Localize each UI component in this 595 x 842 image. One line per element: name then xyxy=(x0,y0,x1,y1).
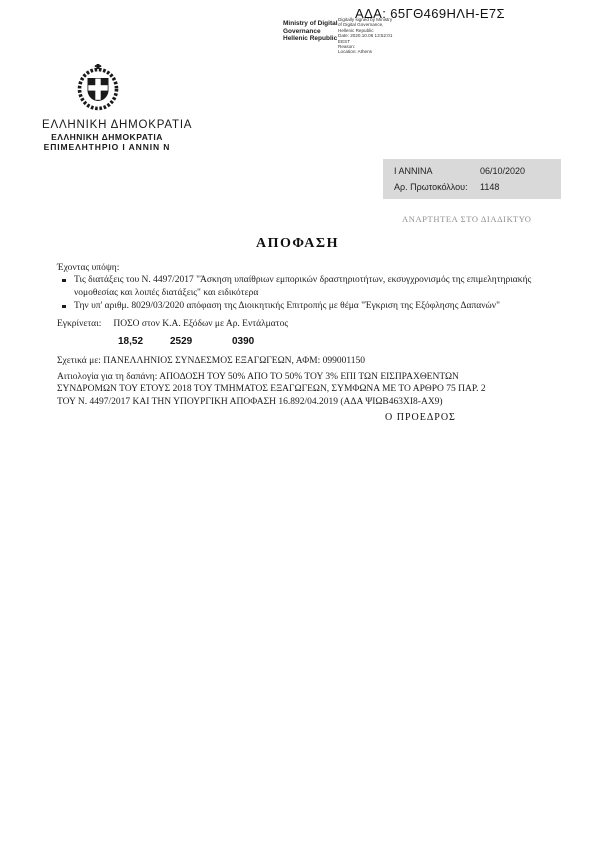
legal-basis-item: Τις διατάξεις του Ν. 4497/2017 "Άσκηση υ… xyxy=(62,274,544,299)
protocol-number-label: Αρ. Πρωτοκόλλου: xyxy=(394,182,468,192)
letterhead-republic-large: ΕΛΛΗΝΙΚΗ ΔΗΜΟΚΡΑΤΙΑ xyxy=(42,119,172,131)
justification-line: ΣΥΝΔΡΟΜΩΝ ΤΟΥ ΕΤΟΥΣ 2018 ΤΟΥ ΤΜΗΜΑΤΟΣ ΕΞ… xyxy=(57,383,543,395)
protocol-city: Ι ΑΝΝΙΝΑ xyxy=(394,166,433,176)
signature-org-line: Governance xyxy=(283,28,339,36)
signature-org-line: Ministry of Digital xyxy=(283,20,339,28)
regarding-line: Σχετικά με: ΠΑΝΕΛΛΗΝΙΟΣ ΣΥΝΔΕΣΜΟΣ ΕΞΑΓΩΓ… xyxy=(57,356,365,366)
account-code-value: 2529 xyxy=(170,336,192,347)
justification-line: ΤΟΥ Ν. 4497/2017 ΚΑΙ ΤΗΝ ΥΠΟΥΡΓΙΚΗ ΑΠΟΦΑ… xyxy=(57,396,543,408)
having-regard-label: Έχοντας υπόψη: xyxy=(57,263,119,273)
protocol-box: Ι ΑΝΝΙΝΑ 06/10/2020 Αρ. Πρωτοκόλλου: 114… xyxy=(383,159,561,199)
greek-coat-of-arms-icon xyxy=(76,64,120,112)
document-title: ΑΠΟΦΑΣΗ xyxy=(0,236,595,252)
approval-line: Εγκρίνεται:ΠΟΣΟ στον Κ.Α. Εξόδων με Αρ. … xyxy=(57,319,288,329)
letterhead-republic-small: ΕΛΛΗΝΙΚΗ ΔΗΜΟΚΡΑΤΙΑ xyxy=(42,132,172,142)
justification-line: Αιτιολογία για τη δαπάνη: ΑΠΟΔΟΣΗ ΤΟΥ 50… xyxy=(57,371,543,383)
legal-basis-item: Την υπ' αριθμ. 8029/03/2020 απόφαση της … xyxy=(62,300,544,313)
amount-value: 18,52 xyxy=(118,336,143,347)
approval-label: Εγκρίνεται: xyxy=(57,319,101,329)
signature-detail-line: Location: Athens xyxy=(338,49,408,54)
signature-org: Ministry of Digital Governance Hellenic … xyxy=(283,20,339,43)
legal-basis-list: Τις διατάξεις του Ν. 4497/2017 "Άσκηση υ… xyxy=(62,274,544,314)
protocol-number-value: 1148 xyxy=(480,182,499,192)
signature-org-line: Hellenic Republic xyxy=(283,35,339,43)
warrant-number-value: 0390 xyxy=(232,336,254,347)
justification-paragraph: Αιτιολογία για τη δαπάνη: ΑΠΟΔΟΣΗ ΤΟΥ 50… xyxy=(57,371,543,408)
document-page: ΑΔΑ: 65ΓΘ469ΗΛΗ-Ε7Σ Ministry of Digital … xyxy=(0,0,595,842)
president-signature-title: Ο ΠΡΟΕΔΡΟΣ xyxy=(385,412,456,423)
internet-posting-note: ΑΝΑΡΤΗΤΕΑ ΣΤΟ ΔΙΑΔΙΚΤΥΟ xyxy=(402,214,531,224)
signature-details: Digitally signed by Ministry of Digital … xyxy=(338,17,408,55)
approval-values-row: 18,52 2529 0390 xyxy=(0,336,595,348)
letterhead-chamber: ΕΠΙΜΕΛΗΤΗΡΙΟ Ι ΑΝΝΙΝ Ν xyxy=(42,142,172,152)
protocol-date: 06/10/2020 xyxy=(480,166,525,176)
approval-columns-text: ΠΟΣΟ στον Κ.Α. Εξόδων με Αρ. Εντάλματος xyxy=(113,319,288,329)
